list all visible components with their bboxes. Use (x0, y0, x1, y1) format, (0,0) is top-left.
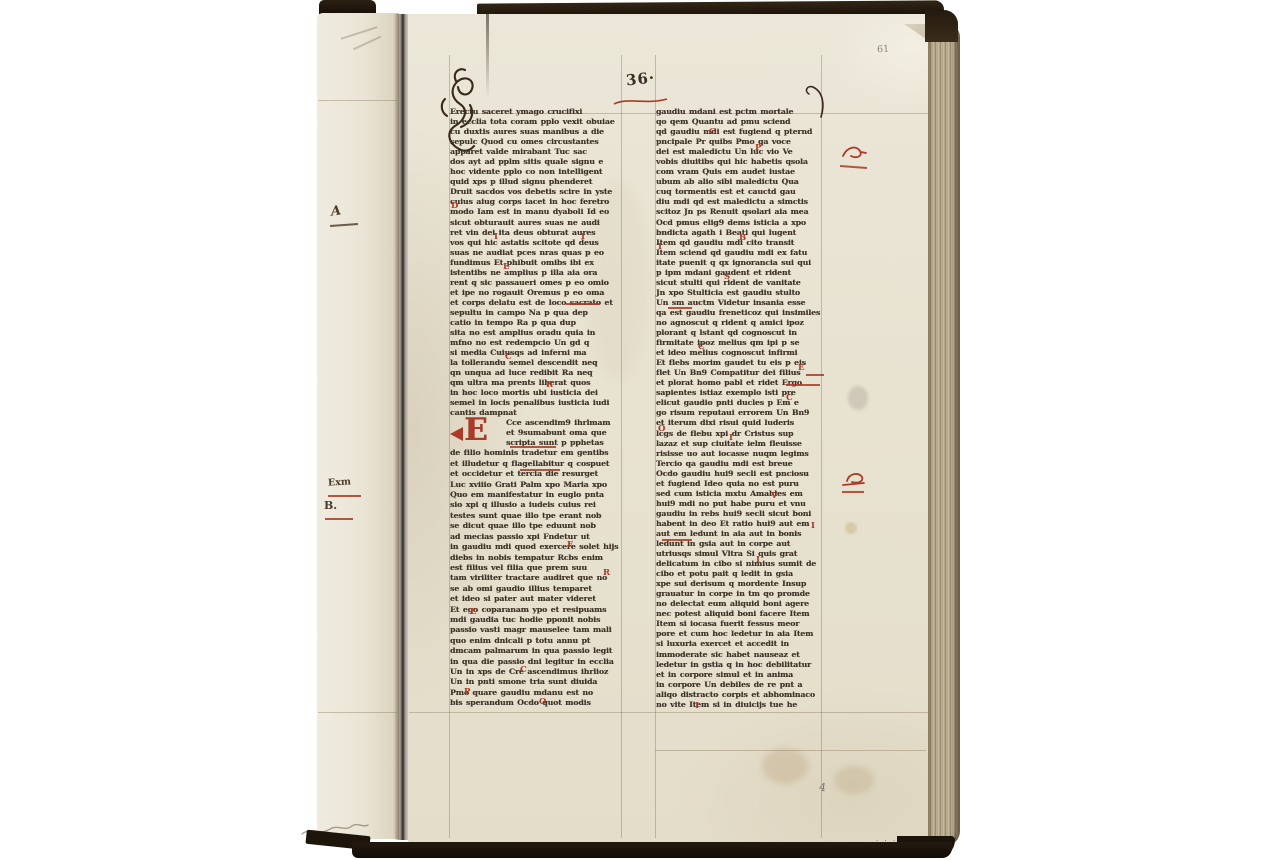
rubricated-letter: I (729, 433, 733, 443)
rubricated-letter: P (464, 687, 470, 697)
red-underline (842, 491, 864, 493)
parchment-stain (762, 748, 808, 784)
ruling-line-horizontal (409, 712, 928, 713)
red-underline (510, 446, 556, 448)
column-text: gaudiu mdani est pctm mortale qo qem Qua… (656, 107, 826, 710)
corner-foliation-pencil: 61 (877, 44, 890, 56)
manuscript-photo: A Exm B. 36· 61 4 (0, 0, 1280, 860)
parchment-stain (834, 766, 874, 794)
rubricated-letter: R (603, 568, 610, 578)
column-text: de filio hominis tradetur em gentibs et … (450, 448, 626, 708)
ruling-line-horizontal (318, 712, 397, 713)
page-top-crease (486, 14, 489, 98)
red-underline (520, 469, 560, 471)
red-nota-mark (839, 143, 869, 165)
margin-note-exm: Exm (328, 476, 352, 488)
rubricated-letter: E (470, 607, 476, 617)
rubricated-letter: O (539, 697, 546, 707)
red-underline (806, 374, 824, 376)
red-underline (668, 307, 692, 309)
rubricated-letter: V (771, 491, 778, 501)
rubricated-letter: S (724, 272, 730, 282)
ruling-line-horizontal (655, 750, 926, 751)
fore-edge-page-stack (928, 24, 960, 846)
rubricated-letter: F (567, 540, 573, 550)
text-column-left: Erectu saceret ymago crucifixi in ecclia… (450, 107, 626, 709)
rubricated-letter: I (811, 521, 815, 531)
ruling-line-horizontal (318, 100, 397, 101)
margin-signature-a: A (330, 203, 342, 219)
rubricated-letter: E (798, 363, 804, 373)
cover-corner-top-right (925, 10, 958, 42)
initial-pennant-flourish (450, 427, 463, 441)
margin-note-b: B. (324, 499, 337, 512)
red-underline (786, 384, 820, 386)
column-text: Cce ascendim9 ihrlmam et 9sumabunt oma q… (506, 418, 626, 448)
rubricated-letter: C (698, 342, 705, 352)
facing-page-edge (317, 13, 399, 839)
folio-number-red-swash (612, 95, 670, 107)
rubricated-letter: O (658, 424, 665, 434)
red-nota-mark (841, 468, 867, 492)
rubricated-letter: I (494, 232, 498, 242)
rubricated-letter: I (658, 242, 662, 252)
red-lombardic-initial: E (464, 415, 487, 445)
initial-section: E Cce ascendim9 ihrlmam et 9sumabunt oma… (450, 418, 626, 448)
parchment-stain (845, 522, 857, 534)
pencil-smudge (848, 386, 868, 410)
rubricated-letter: C (786, 393, 793, 403)
red-underline (566, 303, 600, 305)
rubricated-letter: I (695, 701, 699, 711)
folio-number: 36· (625, 69, 656, 90)
rubricated-letter: I (756, 555, 760, 565)
rubricated-letter: C (520, 665, 527, 675)
rubricated-letter: B (739, 233, 746, 243)
red-underline (328, 495, 361, 497)
rubricated-letter: P (755, 143, 761, 153)
leather-cover-bottom (352, 842, 952, 858)
rubricated-letter: R (546, 380, 553, 390)
red-underline (662, 539, 692, 541)
rubricated-letter: C (505, 352, 512, 362)
rubricated-letter: I (581, 232, 585, 242)
red-underline (325, 518, 353, 520)
text-column-right: gaudiu mdani est pctm mortale qo qem Qua… (656, 107, 826, 710)
rubricated-letter: D (451, 201, 458, 211)
rubricated-letter: E (503, 262, 509, 272)
rubricated-letter: C (709, 127, 716, 137)
column-text: Erectu saceret ymago crucifixi in ecclia… (450, 107, 626, 418)
